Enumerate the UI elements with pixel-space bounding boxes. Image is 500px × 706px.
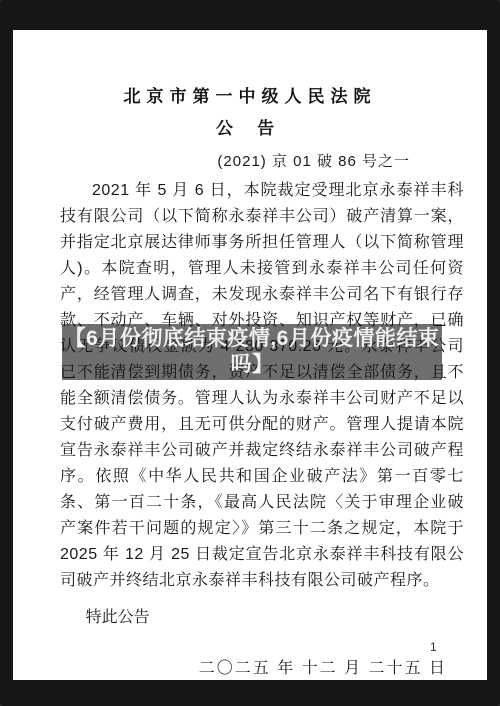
announcement-body: 2021 年 5 月 6 日，本院裁定受理北京永泰祥丰科技有限公司（以下简称永泰… (13, 178, 487, 594)
watermark-overlay-text: 【6月份彻底结束疫情,6月份疫情能结束吗】 (62, 324, 442, 380)
screenshot-canvas: 北京市第一中级人民法院 公 告 (2021) 京 01 破 86 号之一 202… (0, 0, 500, 706)
court-name-heading: 北京市第一中级人民法院 (13, 82, 487, 107)
closing-phrase: 特此公告 (13, 604, 487, 627)
page-number: 1 (430, 640, 437, 654)
case-number: (2021) 京 01 破 86 号之一 (13, 150, 487, 171)
issue-date: 二〇二五 年 十二 月 二十五 日 (13, 655, 487, 678)
announcement-title: 公 告 (13, 114, 487, 139)
